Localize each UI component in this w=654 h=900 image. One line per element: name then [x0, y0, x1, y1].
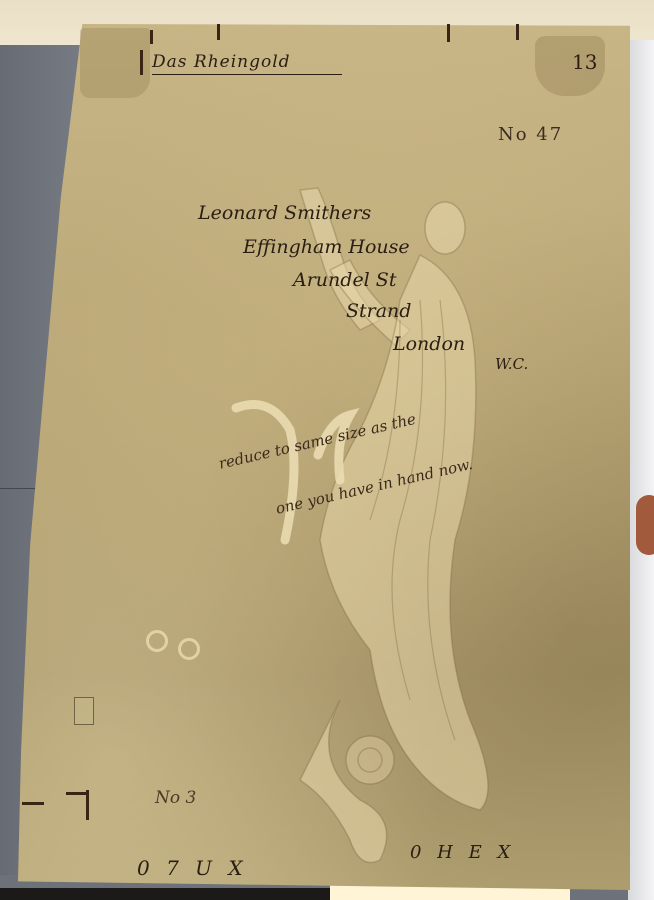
small-stamp-mark: [74, 697, 94, 725]
page-number: 13: [572, 50, 597, 74]
title-signature: Das Rheingold: [152, 52, 342, 75]
address-line-city: London: [393, 333, 465, 355]
address-line-street: Arundel St: [293, 269, 396, 291]
bottom-code-left: 0 7 U X: [137, 856, 248, 880]
bottom-code-right: 0 H E X: [410, 842, 515, 863]
catalogue-number: No 47: [498, 124, 563, 145]
ring-mark: [146, 630, 168, 652]
address-line-name: Leonard Smithers: [198, 202, 371, 224]
address-line-building: Effingham House: [243, 236, 410, 258]
plate-number: No 3: [155, 788, 196, 808]
address-line-postal: W.C.: [495, 355, 528, 373]
address-line-district: Strand: [346, 300, 411, 322]
ring-mark: [178, 638, 200, 660]
